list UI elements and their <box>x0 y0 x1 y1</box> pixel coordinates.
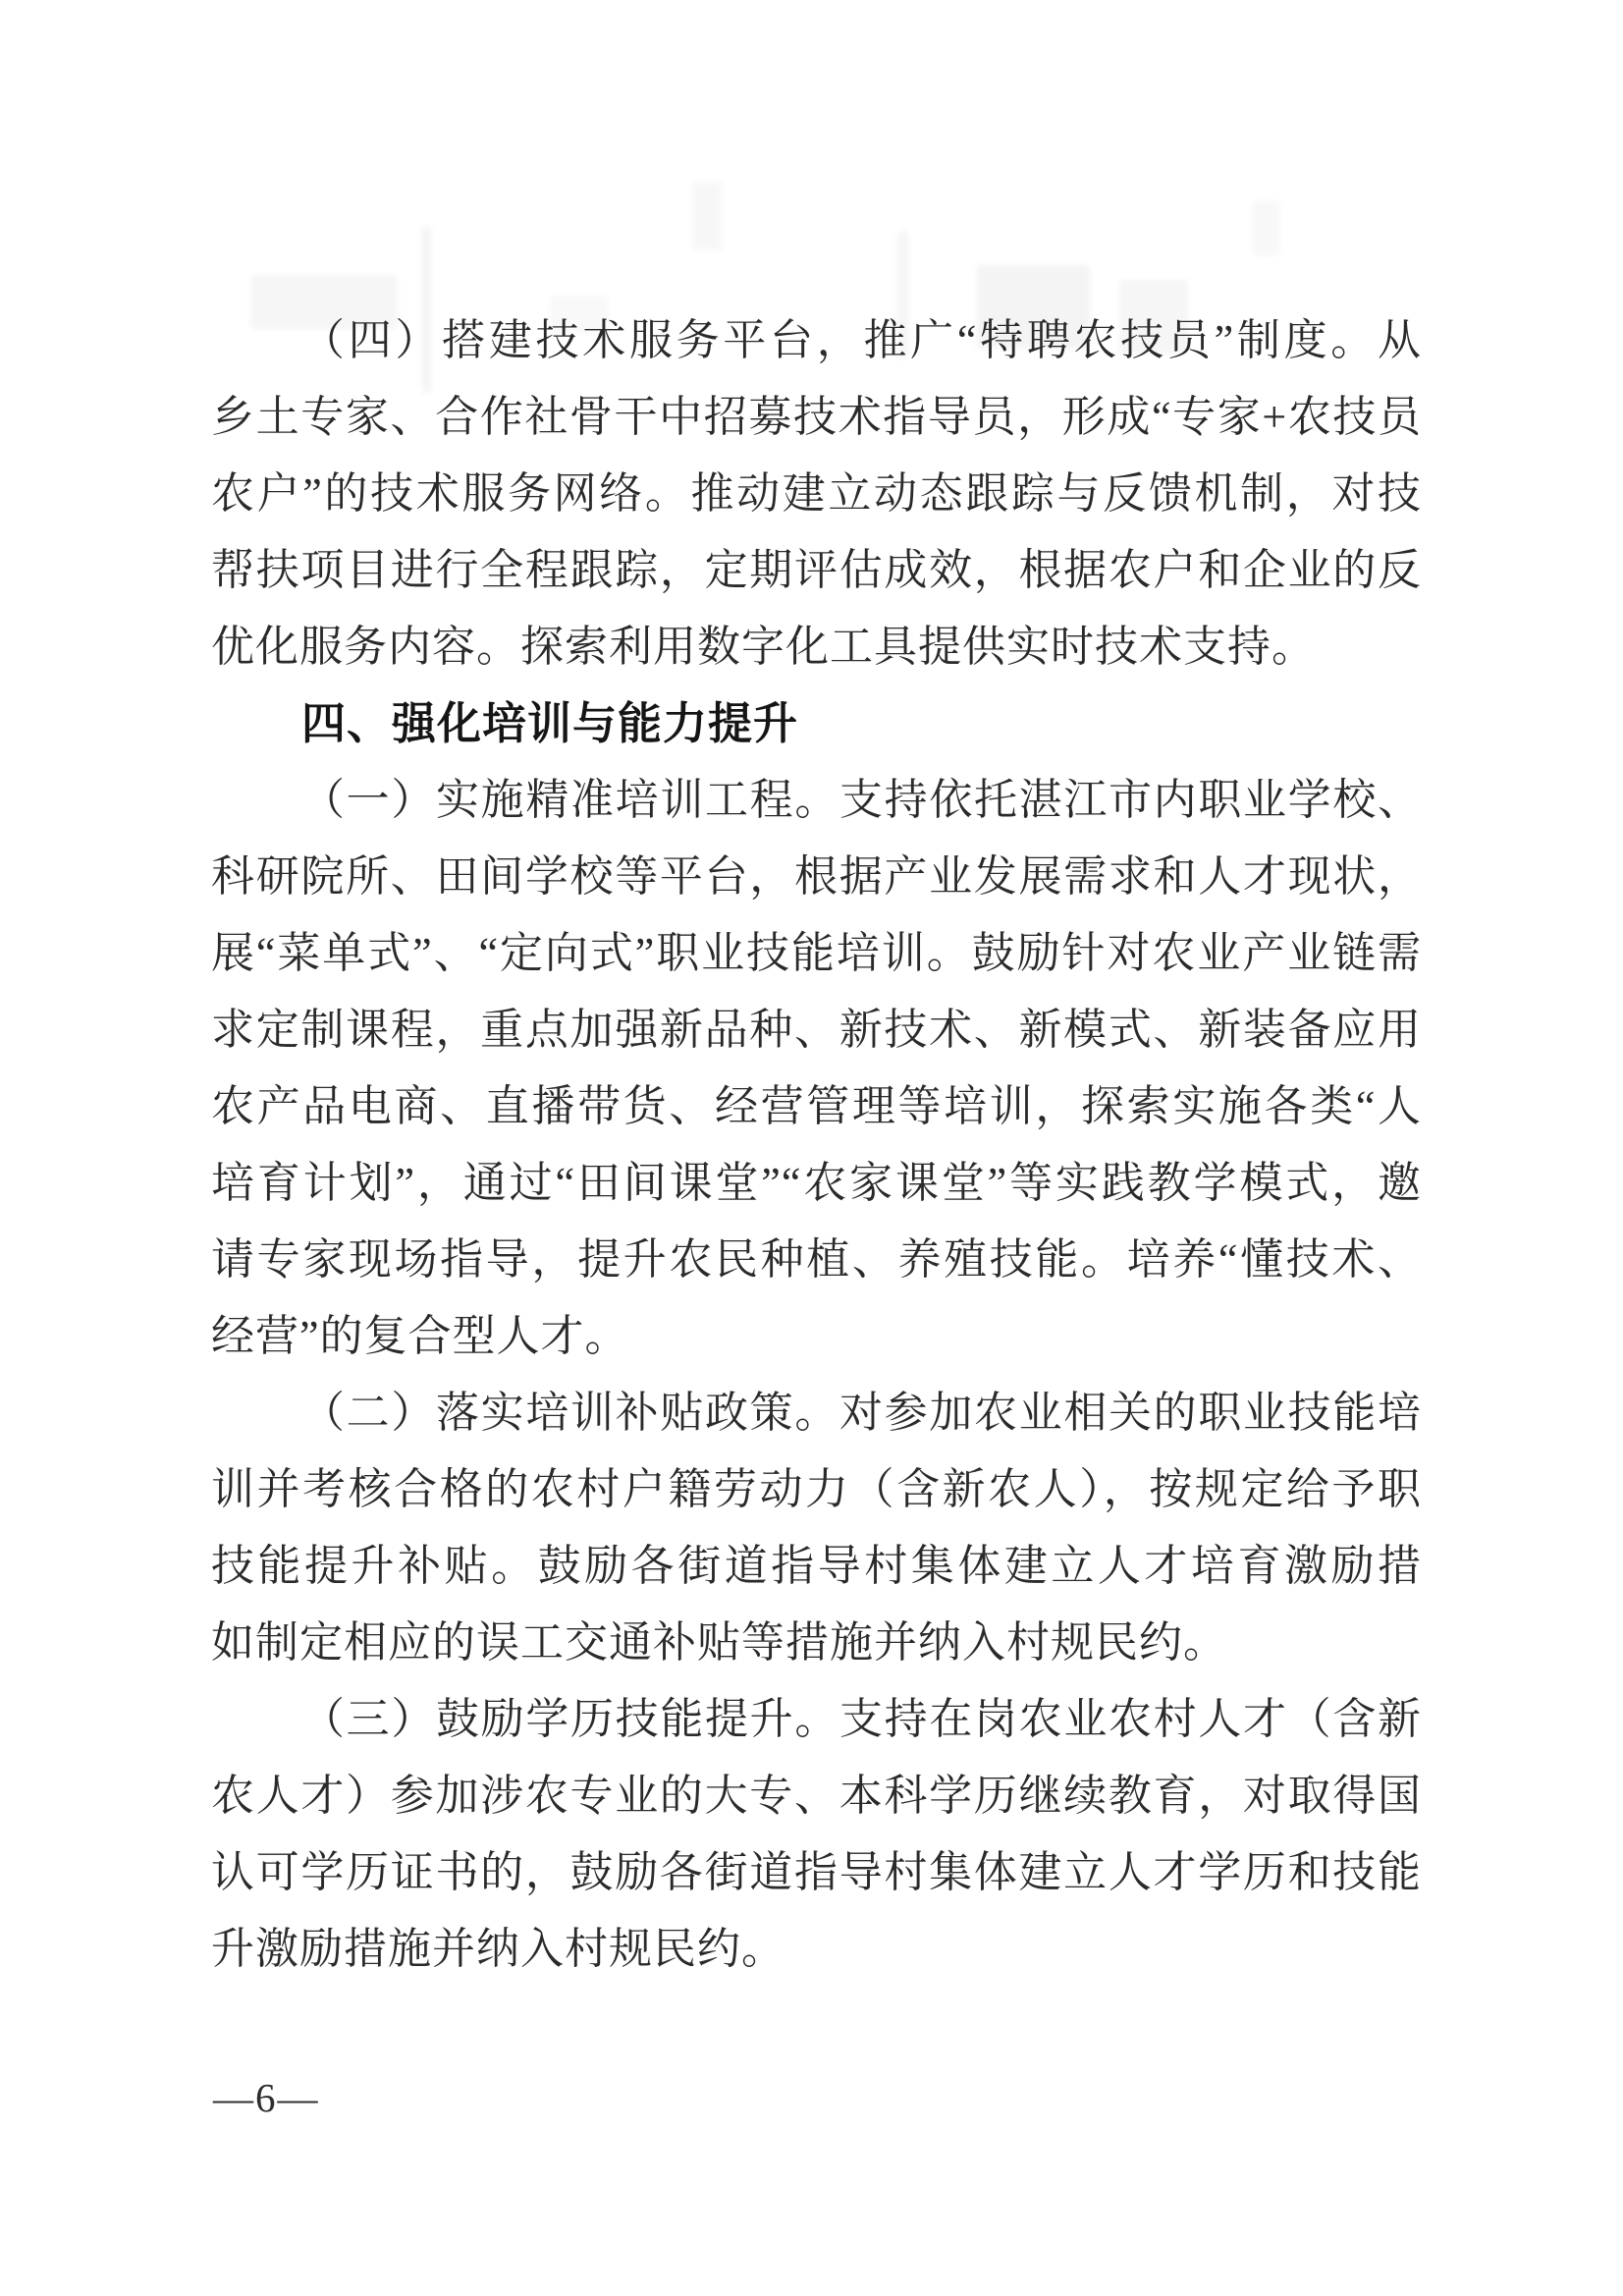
text-line: 培育计划”，通过“田间课堂”“农家课堂”等实践教学模式，邀 <box>211 1145 1422 1222</box>
scan-smudge <box>692 182 722 250</box>
text-line: 训并考核合格的农村户籍劳动力（含新农人），按规定给予职业 <box>211 1451 1422 1528</box>
text-line: 求定制课程，重点加强新品种、新技术、新模式、新装备应用及 <box>211 992 1422 1068</box>
scan-artifacts <box>0 0 1623 334</box>
text-line: 升激励措施并纳入村规民约。 <box>211 1911 1422 1988</box>
page-number: —6— <box>213 2068 320 2127</box>
text-line: （二）落实培训补贴政策。对参加农业相关的职业技能培 <box>211 1375 1422 1451</box>
text-line: 经营”的复合型人才。 <box>211 1298 1422 1375</box>
text-line: 帮扶项目进行全程跟踪，定期评估成效，根据农户和企业的反馈 <box>211 532 1422 609</box>
text-line: 农人才）参加涉农专业的大专、本科学历继续教育，对取得国家 <box>211 1758 1422 1834</box>
text-line: 乡土专家、合作社骨干中招募技术指导员，形成“专家+农技员+ <box>211 379 1422 456</box>
text-line: 认可学历证书的，鼓励各街道指导村集体建立人才学历和技能提 <box>211 1834 1422 1911</box>
text-line: 展“菜单式”、“定向式”职业技能培训。鼓励针对农业产业链需 <box>211 915 1422 992</box>
text-line: （一）实施精准培训工程。支持依托湛江市内职业学校、 <box>211 762 1422 839</box>
section-heading: 四、强化培训与能力提升 <box>211 685 1422 762</box>
text-line: 请专家现场指导，提升农民种植、养殖技能。培养“懂技术、善 <box>211 1222 1422 1298</box>
document-page: （四）搭建技术服务平台，推广“特聘农技员”制度。从乡土专家、合作社骨干中招募技术… <box>0 0 1623 2296</box>
text-line: 技能提升补贴。鼓励各街道指导村集体建立人才培育激励措施， <box>211 1528 1422 1605</box>
text-line: 农户”的技术服务网络。推动建立动态跟踪与反馈机制，对技术 <box>211 456 1422 532</box>
text-line: （三）鼓励学历技能提升。支持在岗农业农村人才（含新 <box>211 1681 1422 1758</box>
text-line: 农产品电商、直播带货、经营管理等培训，探索实施各类“人才 <box>211 1068 1422 1145</box>
document-body: （四）搭建技术服务平台，推广“特聘农技员”制度。从乡土专家、合作社骨干中招募技术… <box>211 302 1422 1988</box>
scan-smudge <box>1252 201 1279 255</box>
text-line: 科研院所、田间学校等平台，根据产业发展需求和人才现状，开 <box>211 839 1422 915</box>
text-line: 优化服务内容。探索利用数字化工具提供实时技术支持。 <box>211 609 1422 685</box>
text-line: （四）搭建技术服务平台，推广“特聘农技员”制度。从 <box>211 302 1422 379</box>
text-line: 如制定相应的误工交通补贴等措施并纳入村规民约。 <box>211 1605 1422 1681</box>
